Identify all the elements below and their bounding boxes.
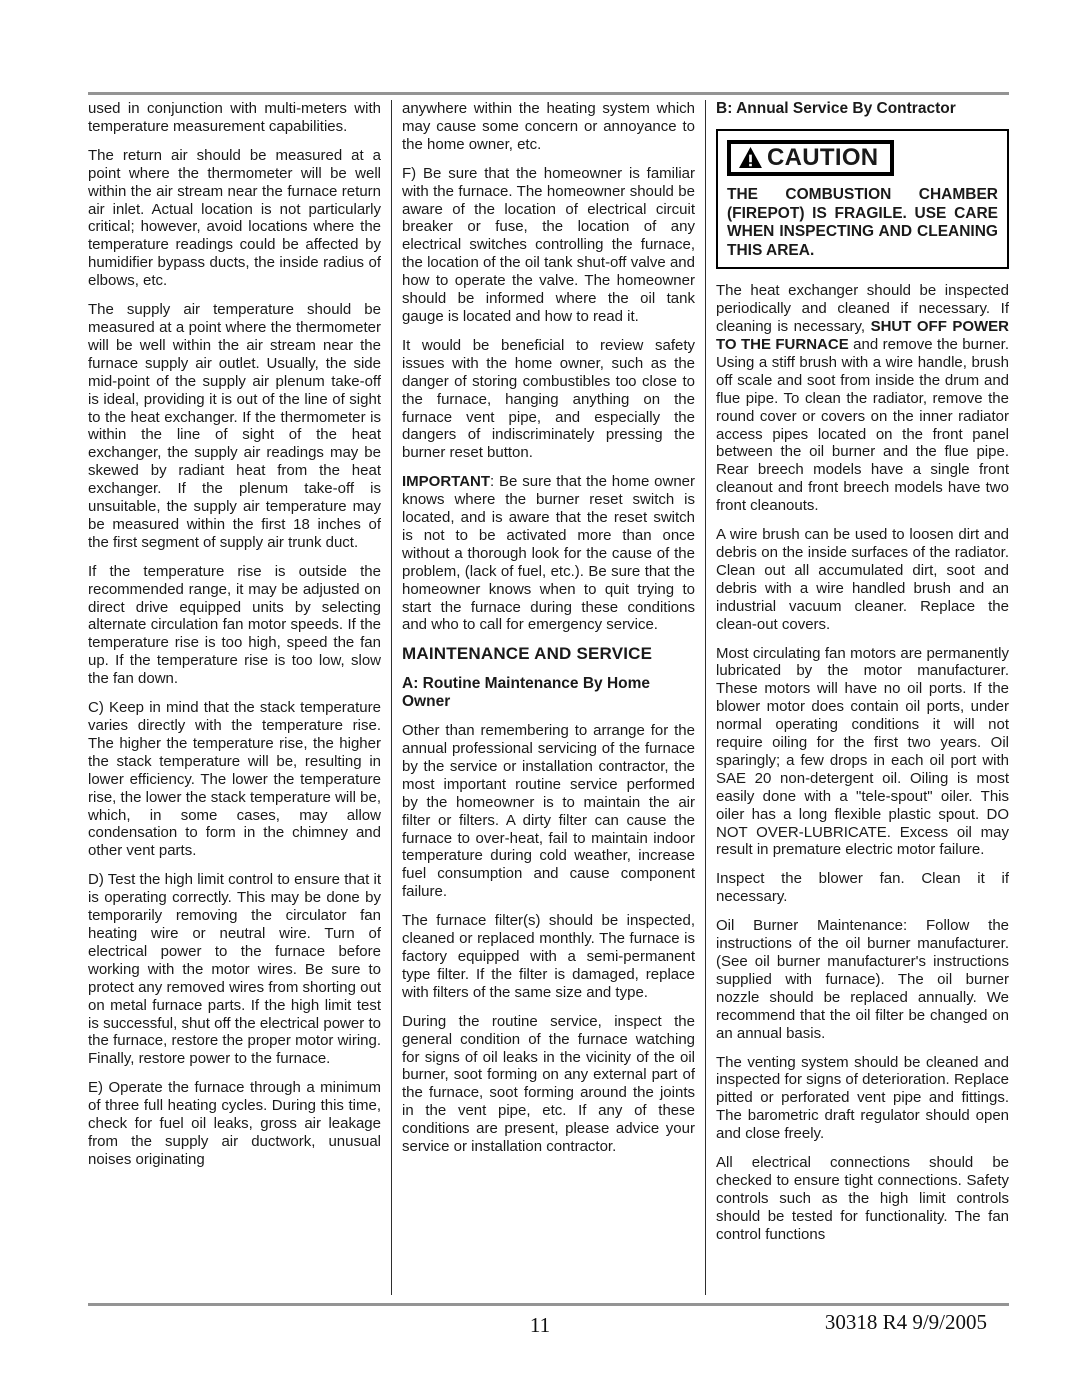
caution-label-text: CAUTION <box>767 146 878 170</box>
paragraph: anywhere within the heating system which… <box>402 100 695 154</box>
paragraph: During the routine service, inspect the … <box>402 1013 695 1156</box>
paragraph: If the temperature rise is outside the r… <box>88 563 381 688</box>
text-column-3: B: Annual Service By Contractor CAUTION … <box>716 97 1009 1300</box>
sub-heading-routine-maintenance: A: Routine Maintenance By Home Owner <box>402 675 695 711</box>
manual-page: used in conjunction with multi-meters wi… <box>0 0 1080 1397</box>
caution-text: THE COMBUSTION CHAMBER (FIREPOT) IS FRAG… <box>727 186 998 260</box>
paragraph: C) Keep in mind that the stack temperatu… <box>88 699 381 860</box>
paragraph: D) Test the high limit control to ensure… <box>88 871 381 1068</box>
paragraph-important: IMPORTANT: Be sure that the home owner k… <box>402 473 695 634</box>
paragraph: used in conjunction with multi-meters wi… <box>88 100 381 136</box>
paragraph: The furnace filter(s) should be inspecte… <box>402 912 695 1002</box>
three-column-text: used in conjunction with multi-meters wi… <box>88 97 1009 1300</box>
important-label: IMPORTANT <box>402 473 490 490</box>
caution-box: CAUTION THE COMBUSTION CHAMBER (FIREPOT)… <box>716 129 1009 269</box>
paragraph: The supply air temperature should be mea… <box>88 301 381 552</box>
warning-triangle-icon <box>739 147 762 168</box>
paragraph: All electrical connections should be che… <box>716 1154 1009 1244</box>
paragraph: Other than remembering to arrange for th… <box>402 722 695 901</box>
important-text: : Be sure that the home owner knows wher… <box>402 473 695 633</box>
text-column-1: used in conjunction with multi-meters wi… <box>88 97 381 1300</box>
paragraph: Most circulating fan motors are permanen… <box>716 645 1009 860</box>
column-divider <box>391 100 392 1295</box>
sub-heading-annual-service: B: Annual Service By Contractor <box>716 100 1009 118</box>
caution-label: CAUTION <box>727 140 894 176</box>
paragraph-heat-exchanger: The heat exchanger should be inspected p… <box>716 282 1009 515</box>
paragraph: Oil Burner Maintenance: Follow the instr… <box>716 917 1009 1042</box>
document-number: 30318 R4 9/9/2005 <box>825 1310 987 1335</box>
bottom-rule <box>88 1303 1009 1306</box>
paragraph: The venting system should be cleaned and… <box>716 1054 1009 1144</box>
paragraph: It would be beneficial to review safety … <box>402 337 695 462</box>
paragraph: Inspect the blower fan. Clean it if nece… <box>716 870 1009 906</box>
top-rule <box>88 92 1009 95</box>
paragraph-segment: and remove the burner. Using a stiff bru… <box>716 336 1009 514</box>
section-heading-maintenance-and-service: MAINTENANCE AND SERVICE <box>402 645 695 663</box>
column-divider <box>705 100 706 1295</box>
paragraph: A wire brush can be used to loosen dirt … <box>716 526 1009 633</box>
paragraph: The return air should be measured at a p… <box>88 147 381 290</box>
paragraph: E) Operate the furnace through a minimum… <box>88 1079 381 1169</box>
text-column-2: anywhere within the heating system which… <box>402 97 695 1300</box>
paragraph: F) Be sure that the homeowner is familia… <box>402 165 695 326</box>
